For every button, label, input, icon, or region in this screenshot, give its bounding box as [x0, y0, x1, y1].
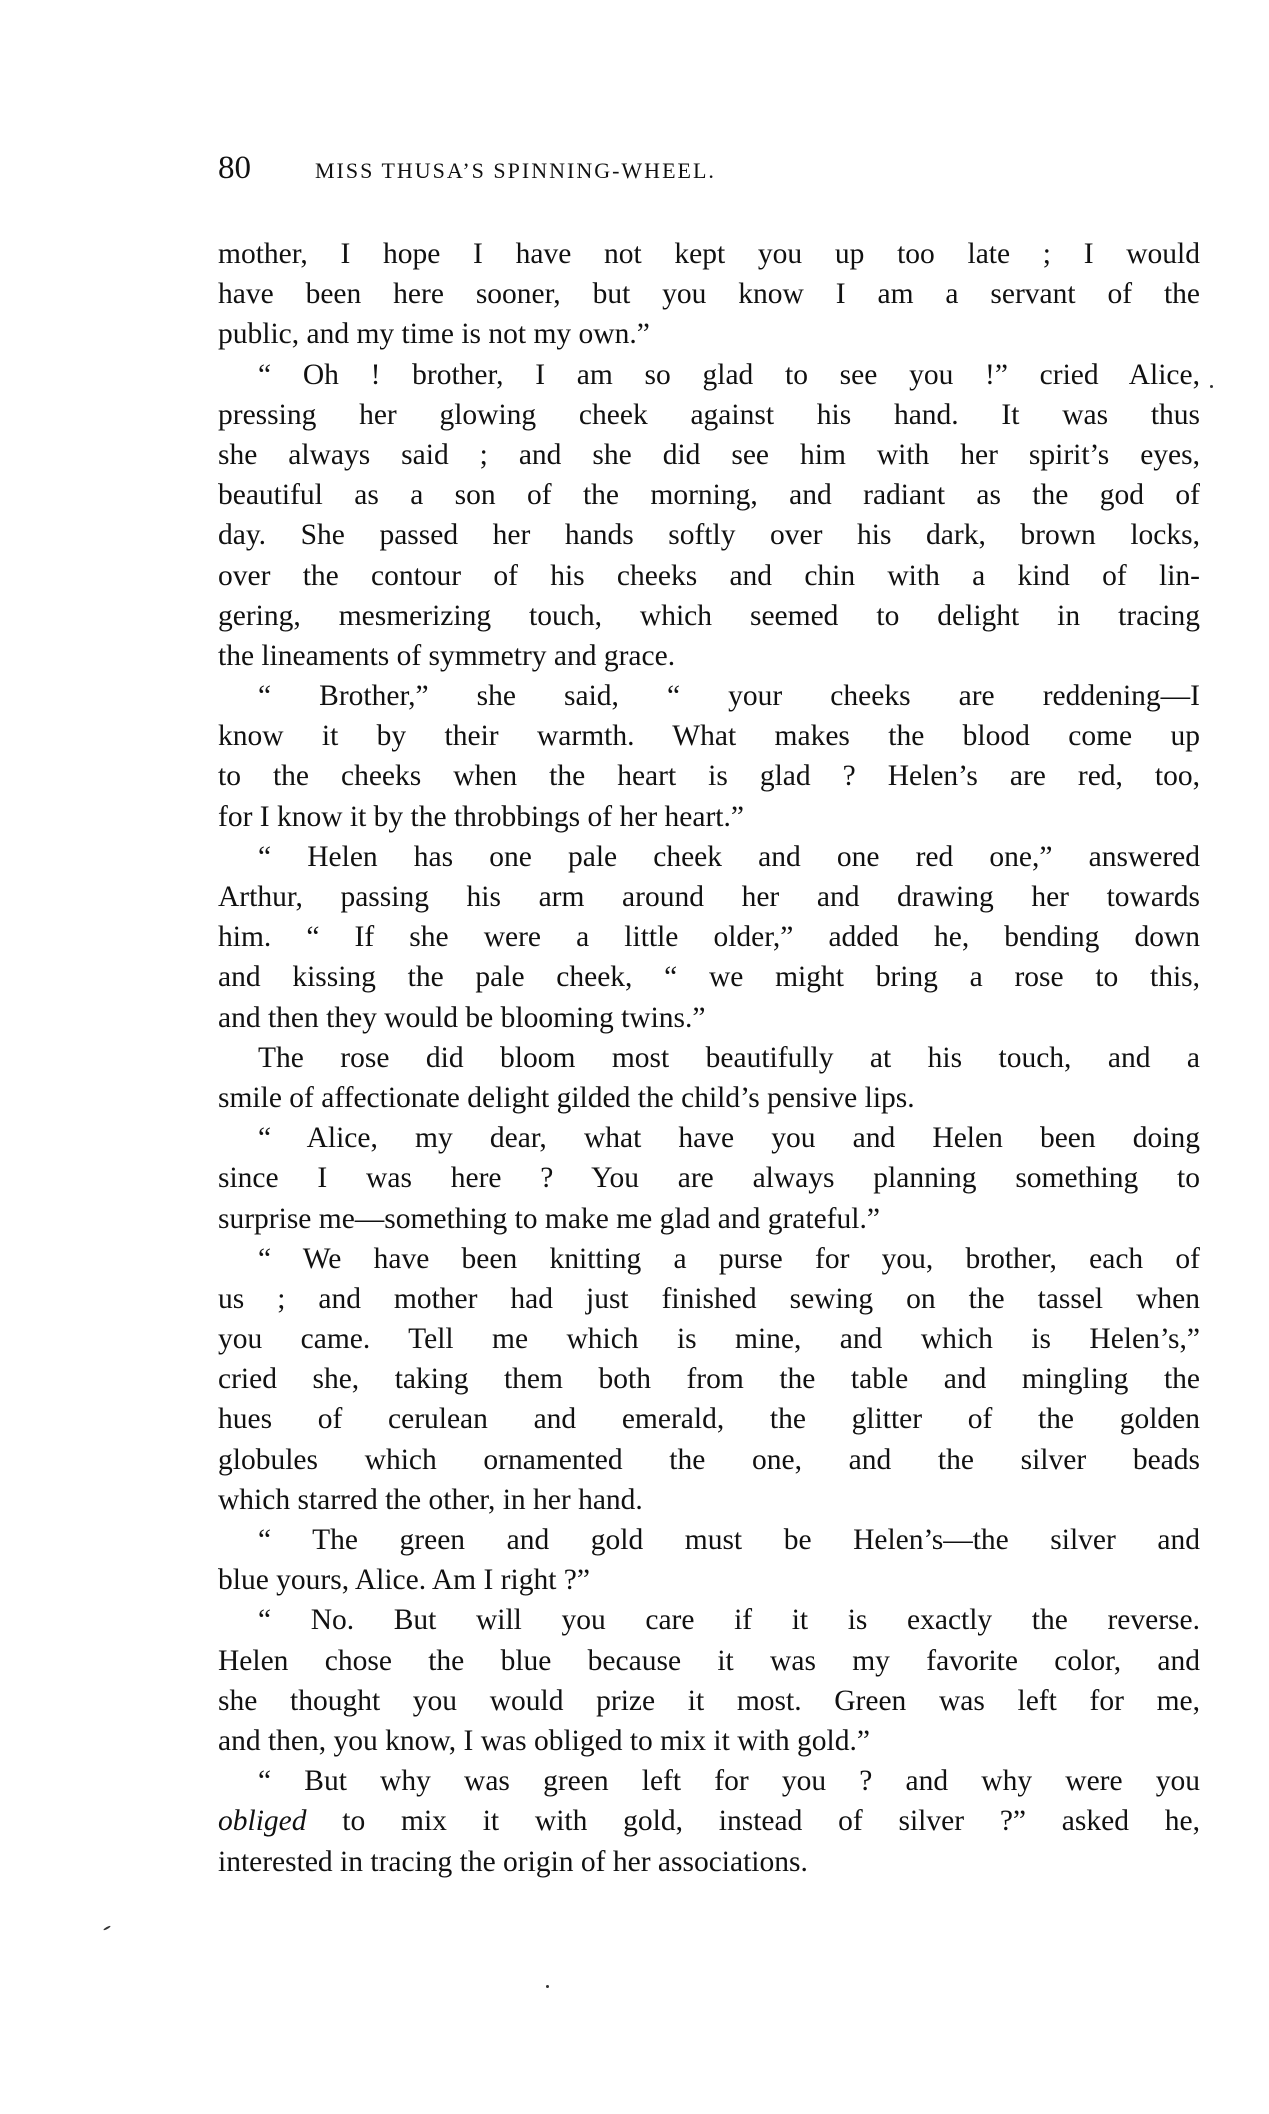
text-line: the lineaments of symmetry and grace. — [218, 636, 1200, 676]
text-line: which starred the other, in her hand. — [218, 1480, 1200, 1520]
running-title: MISS THUSA’S SPINNING-WHEEL. — [315, 158, 716, 184]
text-line: you came. Tell me which is mine, and whi… — [218, 1319, 1200, 1359]
line-text: pressing her glowing cheek against his h… — [218, 399, 1200, 431]
text-line: she thought you would prize it most. Gre… — [218, 1681, 1200, 1721]
text-line: know it by their warmth. What makes the … — [218, 716, 1200, 756]
line-text: she always said ; and she did see him wi… — [218, 439, 1200, 471]
text-line: surprise me—something to make me glad an… — [218, 1199, 1200, 1239]
text-line: “ The green and gold must be Helen’s—the… — [218, 1520, 1200, 1560]
line-text: and kissing the pale cheek, “ we might b… — [218, 961, 1200, 993]
line-text: us ; and mother had just finished sewing… — [218, 1283, 1200, 1315]
line-text: public, and my time is not my own.” — [218, 318, 650, 350]
text-line: obliged to mix it with gold, instead of … — [218, 1801, 1200, 1841]
line-text: gering, mesmerizing touch, which seemed … — [218, 600, 1200, 632]
text-line: hues of cerulean and emerald, the glitte… — [218, 1399, 1200, 1439]
line-text: you came. Tell me which is mine, and whi… — [218, 1323, 1200, 1355]
page-number: 80 — [218, 150, 251, 187]
text-line: him. “ If she were a little older,” adde… — [218, 917, 1200, 957]
line-text: mother, I hope I have not kept you up to… — [218, 238, 1200, 270]
line-text: and then they would be blooming twins.” — [218, 1002, 706, 1034]
line-text: cried she, taking them both from the tab… — [218, 1363, 1200, 1395]
stray-mark — [1210, 385, 1213, 388]
line-text: “ The green and gold must be Helen’s—the… — [258, 1524, 1200, 1556]
line-text: know it by their warmth. What makes the … — [218, 720, 1200, 752]
text-line: and then, you know, I was obliged to mix… — [218, 1721, 1200, 1761]
line-text: the lineaments of symmetry and grace. — [218, 640, 675, 672]
line-text: since I was here ? You are always planni… — [218, 1162, 1200, 1194]
text-line: mother, I hope I have not kept you up to… — [218, 234, 1200, 274]
text-line: “ Helen has one pale cheek and one red o… — [218, 837, 1200, 877]
line-text: to the cheeks when the heart is glad ? H… — [218, 760, 1200, 792]
text-line: pressing her glowing cheek against his h… — [218, 395, 1200, 435]
line-text: day. She passed her hands softly over hi… — [218, 519, 1200, 551]
text-line: and kissing the pale cheek, “ we might b… — [218, 957, 1200, 997]
line-text: to mix it with gold, instead of silver ?… — [307, 1805, 1201, 1837]
text-line: since I was here ? You are always planni… — [218, 1158, 1200, 1198]
text-line: beautiful as a son of the morning, and r… — [218, 475, 1200, 515]
text-line: globules which ornamented the one, and t… — [218, 1440, 1200, 1480]
line-text: blue yours, Alice. Am I right ?” — [218, 1564, 590, 1596]
text-line: public, and my time is not my own.” — [218, 314, 1200, 354]
text-line: “ No. But will you care if it is exactly… — [218, 1600, 1200, 1640]
line-text: and then, you know, I was obliged to mix… — [218, 1725, 870, 1757]
line-text: for I know it by the throbbings of her h… — [218, 801, 744, 833]
line-text: “ Brother,” she said, “ your cheeks are … — [258, 680, 1200, 712]
text-line: Arthur, passing his arm around her and d… — [218, 877, 1200, 917]
emphasis: obliged — [218, 1805, 307, 1837]
line-text: “ No. But will you care if it is exactly… — [258, 1604, 1200, 1636]
text-line: to the cheeks when the heart is glad ? H… — [218, 756, 1200, 796]
line-text: surprise me—something to make me glad an… — [218, 1203, 880, 1235]
stray-mark — [546, 1985, 549, 1988]
text-line: gering, mesmerizing touch, which seemed … — [218, 596, 1200, 636]
line-text: Helen chose the blue because it was my f… — [218, 1645, 1200, 1677]
body-text: mother, I hope I have not kept you up to… — [218, 234, 1200, 1882]
line-text: Arthur, passing his arm around her and d… — [218, 881, 1200, 913]
line-text: which starred the other, in her hand. — [218, 1484, 643, 1516]
text-line: have been here sooner, but you know I am… — [218, 274, 1200, 314]
text-line: Helen chose the blue because it was my f… — [218, 1641, 1200, 1681]
text-line: blue yours, Alice. Am I right ?” — [218, 1560, 1200, 1600]
text-line: she always said ; and she did see him wi… — [218, 435, 1200, 475]
text-line: cried she, taking them both from the tab… — [218, 1359, 1200, 1399]
text-line: “ But why was green left for you ? and w… — [218, 1761, 1200, 1801]
text-line: us ; and mother had just finished sewing… — [218, 1279, 1200, 1319]
line-text: “ Helen has one pale cheek and one red o… — [258, 841, 1200, 873]
running-head: 80 MISS THUSA’S SPINNING-WHEEL. — [218, 150, 1200, 194]
line-text: “ We have been knitting a purse for you,… — [258, 1243, 1200, 1275]
text-line: “ Brother,” she said, “ your cheeks are … — [218, 676, 1200, 716]
line-text: hues of cerulean and emerald, the glitte… — [218, 1403, 1200, 1435]
line-text: interested in tracing the origin of her … — [218, 1846, 808, 1878]
text-line: smile of affectionate delight gilded the… — [218, 1078, 1200, 1118]
line-text: she thought you would prize it most. Gre… — [218, 1685, 1200, 1717]
line-text: have been here sooner, but you know I am… — [218, 278, 1200, 310]
text-line: “ Alice, my dear, what have you and Hele… — [218, 1118, 1200, 1158]
text-line: and then they would be blooming twins.” — [218, 998, 1200, 1038]
text-line: over the contour of his cheeks and chin … — [218, 556, 1200, 596]
line-text: “ Oh ! brother, I am so glad to see you … — [258, 359, 1200, 391]
line-text: smile of affectionate delight gilded the… — [218, 1082, 915, 1114]
line-text: him. “ If she were a little older,” adde… — [218, 921, 1200, 953]
line-text: globules which ornamented the one, and t… — [218, 1444, 1200, 1476]
text-line: “ We have been knitting a purse for you,… — [218, 1239, 1200, 1279]
line-text: The rose did bloom most beautifully at h… — [258, 1042, 1200, 1074]
stray-mark — [103, 1925, 111, 1931]
text-line: The rose did bloom most beautifully at h… — [218, 1038, 1200, 1078]
text-line: day. She passed her hands softly over hi… — [218, 515, 1200, 555]
line-text: “ But why was green left for you ? and w… — [258, 1765, 1200, 1797]
line-text: “ Alice, my dear, what have you and Hele… — [258, 1122, 1200, 1154]
line-text: beautiful as a son of the morning, and r… — [218, 479, 1200, 511]
text-line: “ Oh ! brother, I am so glad to see you … — [218, 355, 1200, 395]
text-line: interested in tracing the origin of her … — [218, 1842, 1200, 1882]
text-line: for I know it by the throbbings of her h… — [218, 797, 1200, 837]
line-text: over the contour of his cheeks and chin … — [218, 560, 1200, 592]
